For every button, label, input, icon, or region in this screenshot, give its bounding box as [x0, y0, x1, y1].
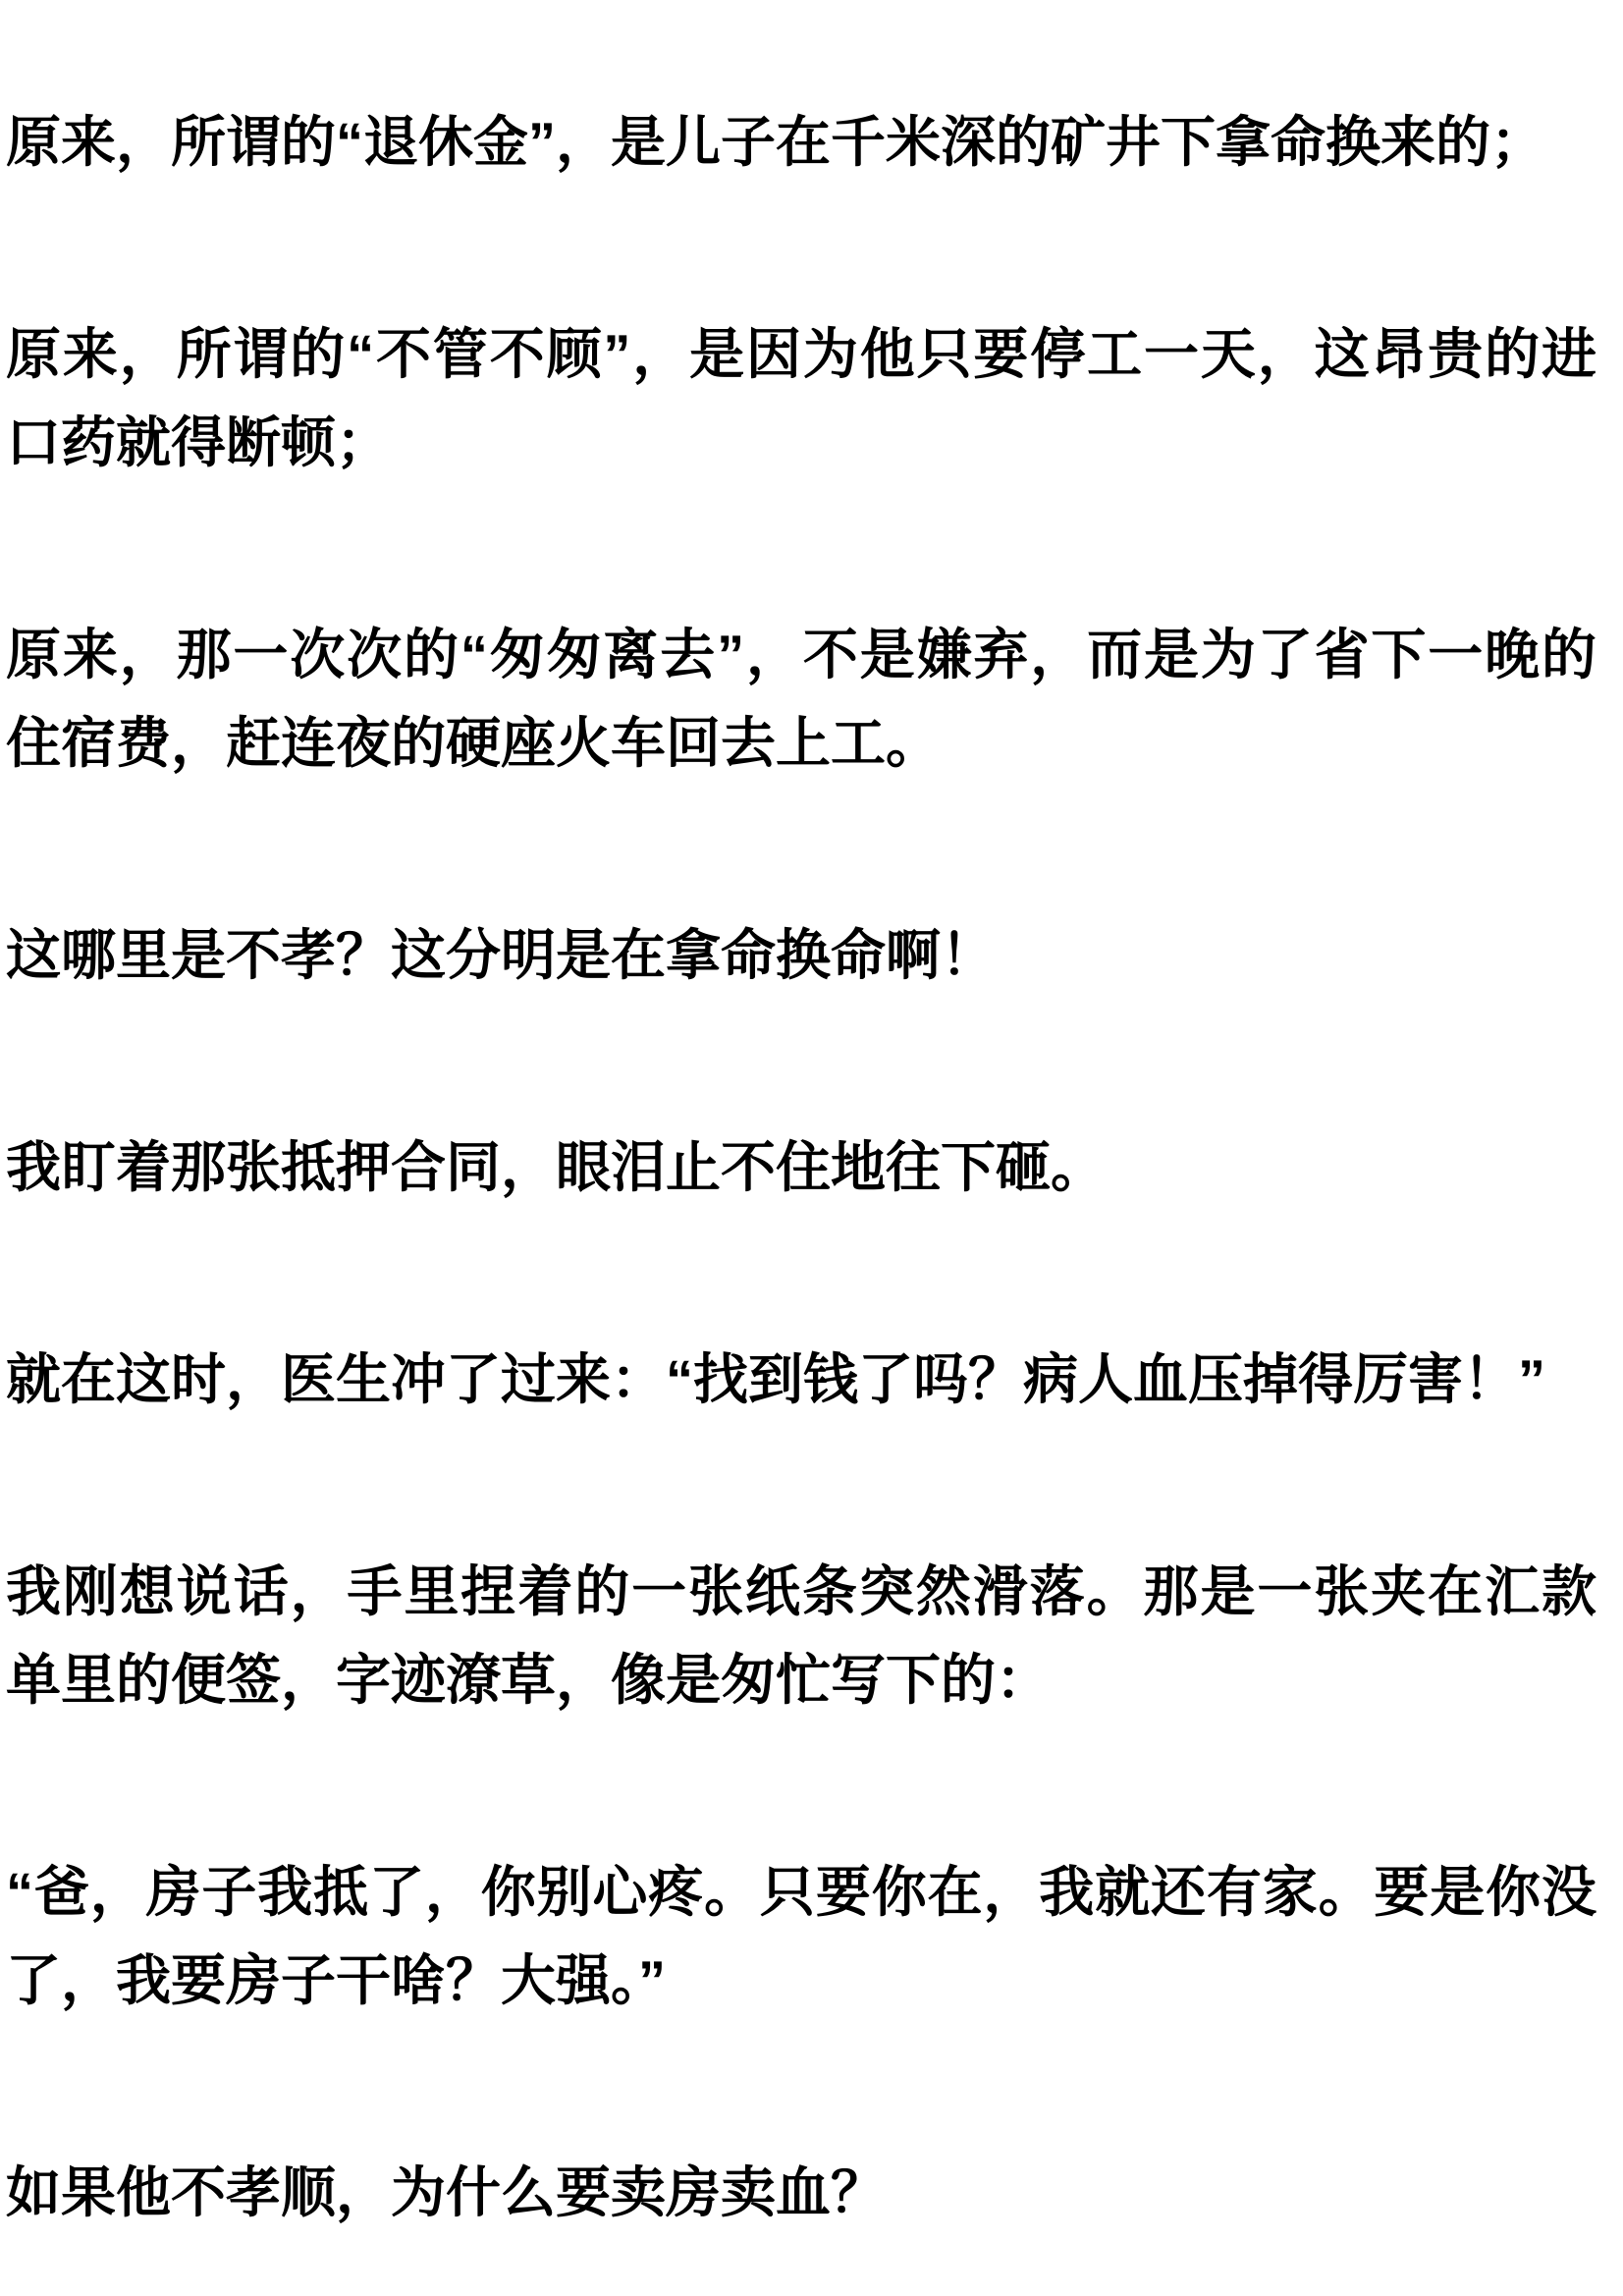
paragraph-7: 我刚想说话，手里捏着的一张纸条突然滑落。那是一张夹在汇款单里的便签，字迹潦草，像…: [6, 1548, 1596, 1724]
paragraph-8: “爸，房子我抵了，你别心疼。只要你在，我就还有家。要是你没了，我要房子干啥？大强…: [6, 1848, 1596, 2025]
paragraph-5: 我盯着那张抵押合同，眼泪止不住地往下砸。: [6, 1123, 1596, 1212]
paragraph-2: 原来，所谓的“不管不顾”，是因为他只要停工一天，这昂贵的进口药就得断顿；: [6, 310, 1596, 487]
document-page: 原来，所谓的“退休金”，是儿子在千米深的矿井下拿命换来的； 原来，所谓的“不管不…: [0, 0, 1623, 2296]
paragraph-6: 就在这时，医生冲了过来：“找到钱了吗？病人血压掉得厉害！”: [6, 1336, 1596, 1424]
paragraph-1: 原来，所谓的“退休金”，是儿子在千米深的矿井下拿命换来的；: [6, 98, 1596, 187]
paragraph-4: 这哪里是不孝？这分明是在拿命换命啊！: [6, 911, 1596, 1000]
text-column: 原来，所谓的“退休金”，是儿子在千米深的矿井下拿命换来的； 原来，所谓的“不管不…: [6, 98, 1596, 2237]
paragraph-3: 原来，那一次次的“匆匆离去”，不是嫌弃，而是为了省下一晚的住宿费，赶连夜的硬座火…: [6, 611, 1596, 788]
paragraph-9: 如果他不孝顺，为什么要卖房卖血？: [6, 2149, 1596, 2237]
